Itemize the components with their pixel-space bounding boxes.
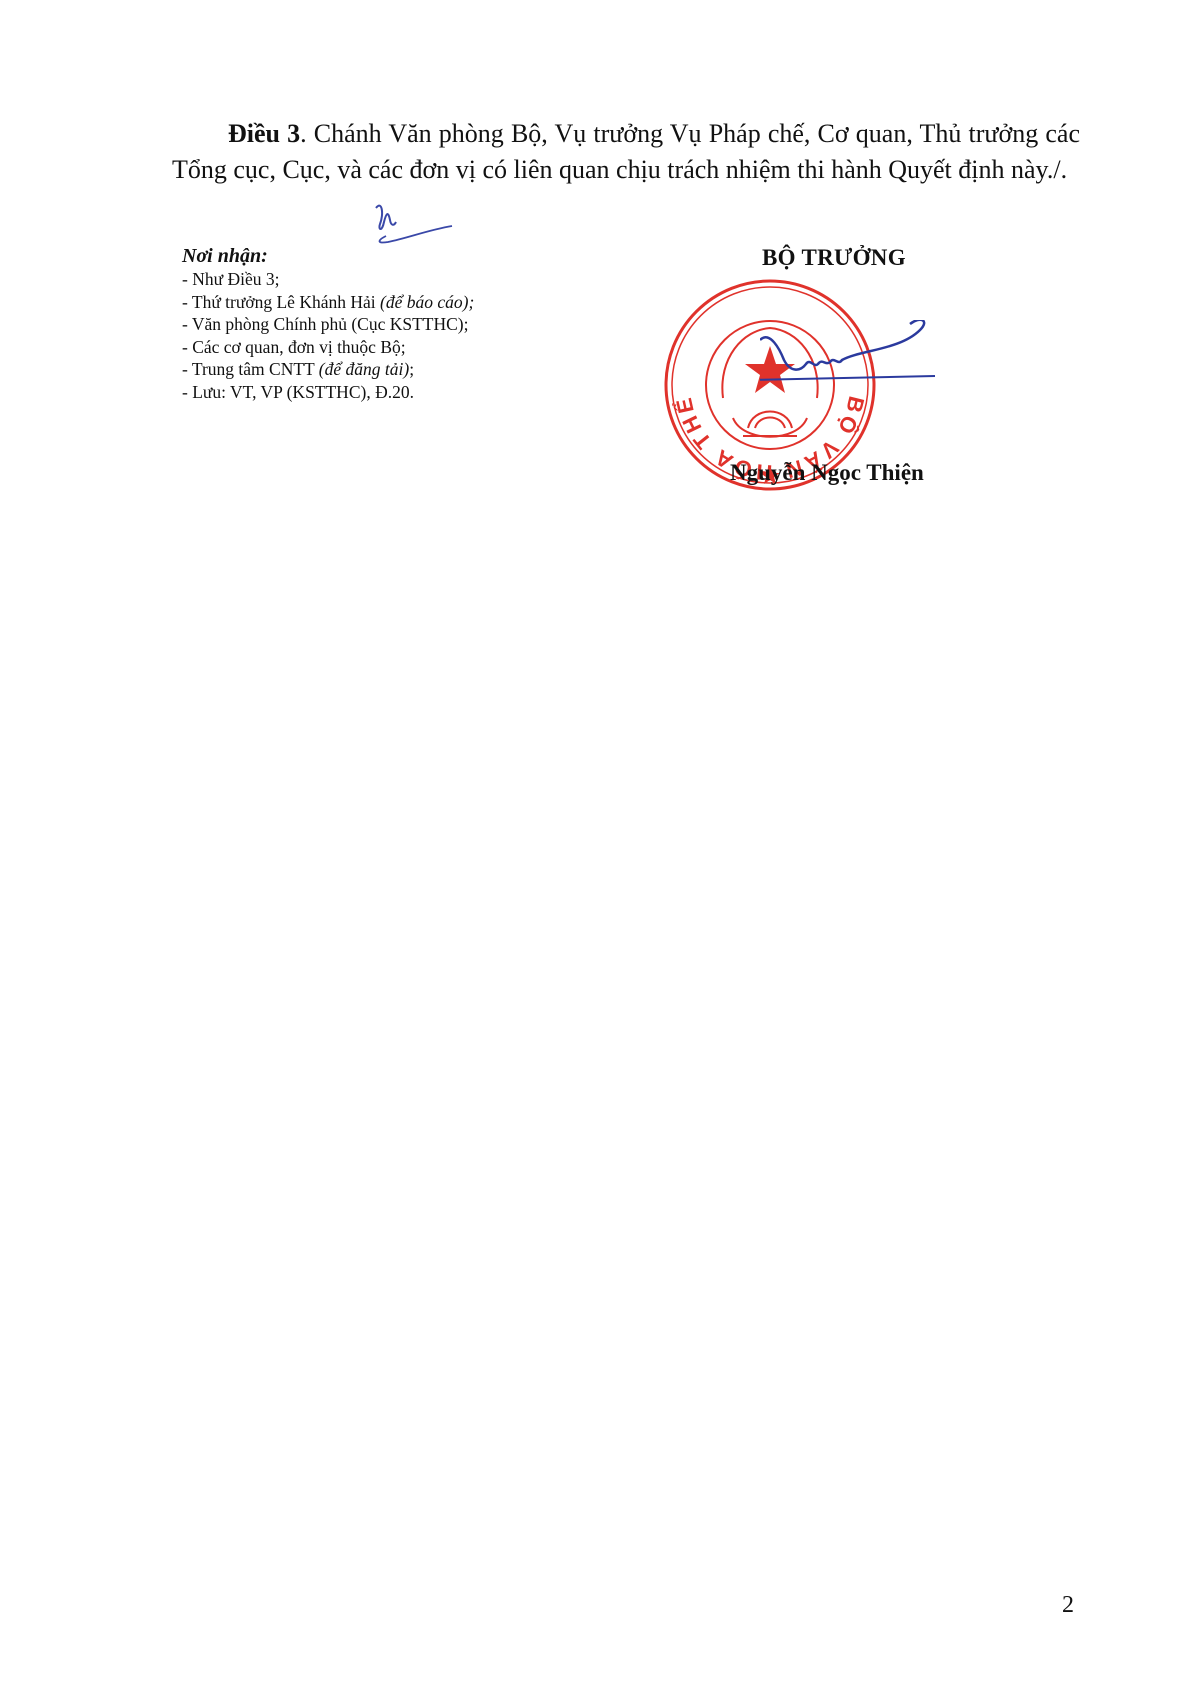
recipient-item: - Thứ trưởng Lê Khánh Hải (để báo cáo); (182, 291, 474, 314)
recipients-block: Nơi nhận: - Như Điều 3; - Thứ trưởng Lê … (182, 244, 474, 403)
recipient-item: - Các cơ quan, đơn vị thuộc Bộ; (182, 336, 474, 359)
article-3-paragraph: Điều 3. Chánh Văn phòng Bộ, Vụ trưởng Vụ… (172, 116, 1080, 188)
article-body: . Chánh Văn phòng Bộ, Vụ trưởng Vụ Pháp … (172, 119, 1080, 184)
recipient-item: - Văn phòng Chính phủ (Cục KSTTHC); (182, 313, 474, 336)
recipient-item: - Trung tâm CNTT (để đăng tải); (182, 358, 474, 381)
signer-name: Nguyễn Ngọc Thiện (730, 460, 924, 486)
recipients-title: Nơi nhận: (182, 244, 474, 268)
initial-mark-icon (368, 196, 458, 251)
recipient-item: - Như Điều 3; (182, 268, 474, 291)
signer-position: BỘ TRƯỞNG (762, 245, 906, 271)
signature-icon (760, 320, 970, 410)
recipient-item: - Lưu: VT, VP (KSTTHC), Đ.20. (182, 381, 474, 404)
article-heading: Điều 3 (228, 119, 300, 148)
page-number: 2 (1062, 1592, 1074, 1619)
